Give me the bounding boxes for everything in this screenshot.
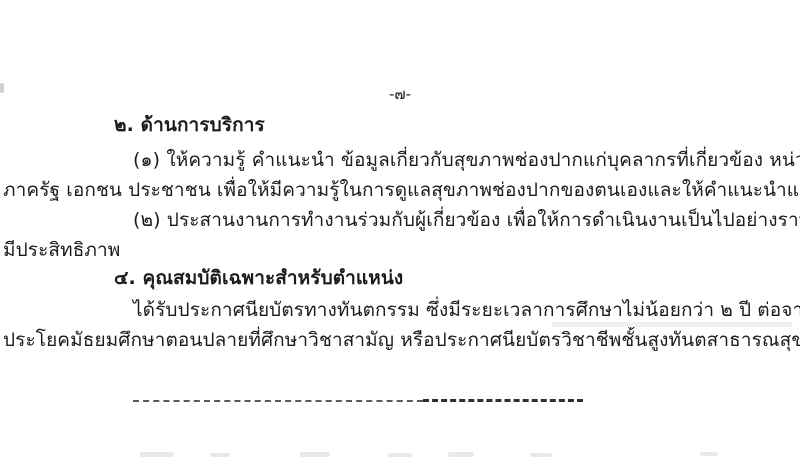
- scan-artifact: [700, 452, 718, 456]
- section-heading-qualifications: ๔. คุณสมบัติเฉพาะสำหรับตำแหน่ง: [114, 265, 403, 291]
- paragraph-line: ประโยคมัธยมศึกษาตอนปลายที่ศึกษาวิชาสามัญ…: [3, 327, 800, 353]
- scan-artifact: [0, 83, 4, 93]
- scan-artifact: [140, 452, 174, 457]
- scan-artifact: [552, 322, 792, 327]
- scan-artifact: [388, 453, 412, 457]
- scan-artifact: [448, 452, 474, 457]
- document-page: -๗- ๒. ด้านการบริการ (๑) ให้ความรู้ คำแน…: [0, 0, 800, 461]
- paragraph-line: ภาครัฐ เอกชน ประชาชน เพื่อให้มีความรู้ใน…: [3, 177, 800, 203]
- page-number: -๗-: [0, 82, 800, 106]
- paragraph-line: (๒) ประสานงานการทำงานร่วมกับผู้เกี่ยวข้อ…: [133, 207, 800, 233]
- dashed-divider-bold-segment: [423, 399, 583, 402]
- paragraph-line: (๑) ให้ความรู้ คำแนะนำ ข้อมูลเกี่ยวกับสุ…: [133, 147, 800, 173]
- section-heading-services: ๒. ด้านการบริการ: [114, 112, 265, 138]
- paragraph-line: ได้รับประกาศนียบัตรทางทันตกรรม ซึ่งมีระย…: [133, 297, 800, 323]
- scan-artifact: [210, 453, 230, 457]
- paragraph-line: มีประสิทธิภาพ: [3, 237, 120, 263]
- dashed-divider: [133, 400, 423, 402]
- scan-artifact: [300, 452, 330, 457]
- scan-artifact: [530, 453, 552, 457]
